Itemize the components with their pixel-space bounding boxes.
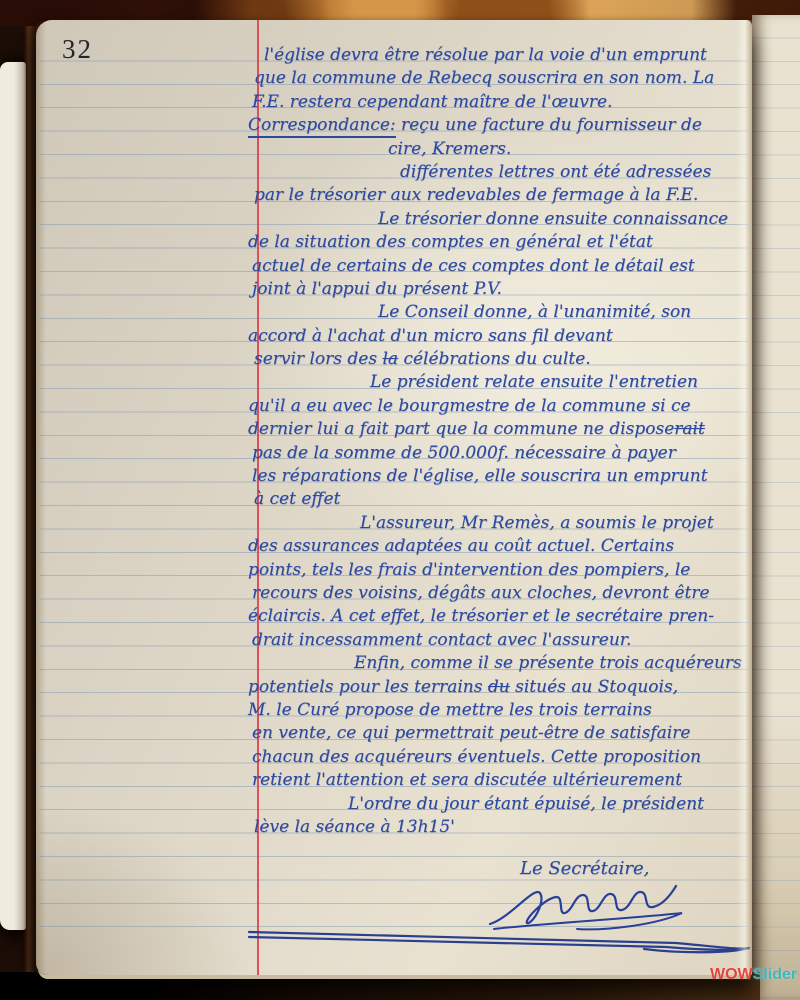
- handwriting-line: de la situation des comptes en général e…: [248, 231, 753, 254]
- handwriting-line: différentes lettres ont été adressées: [400, 161, 753, 184]
- handwriting-line: accord à l'achat d'un micro sans fil dev…: [248, 325, 753, 348]
- handwriting-line: en vente, ce qui permettrait peut-être d…: [252, 722, 753, 745]
- adjacent-blank-page: [752, 15, 800, 1000]
- handwriting-line: pas de la somme de 500.000f. nécessaire …: [252, 442, 753, 465]
- handwriting-line: dernier lui a fait part que la commune n…: [248, 418, 753, 441]
- handwriting-line: Le président relate ensuite l'entretien: [370, 371, 753, 394]
- handwriting-line: Le trésorier donne ensuite connaissance: [378, 208, 753, 231]
- watermark-slider-text: Slider: [753, 966, 797, 983]
- page-number: 32: [62, 34, 93, 65]
- handwriting-line: que la commune de Rebecq souscrira en so…: [254, 67, 753, 90]
- handwriting-line: éclaircis. A cet effet, le trésorier et …: [248, 605, 753, 628]
- handwriting-line: L'assureur, Mr Remès, a soumis le projet: [360, 512, 753, 535]
- handwriting-line: l'église devra être résolue par la voie …: [264, 44, 753, 67]
- handwriting-line: les réparations de l'église, elle souscr…: [252, 465, 753, 488]
- handwriting-line: servir lors des la célébrations du culte…: [254, 348, 753, 371]
- handwriting-line: L'ordre du jour étant épuisé, le préside…: [348, 793, 753, 816]
- handwriting-lines: l'église devra être résolue par la voie …: [248, 44, 753, 839]
- handwriting-line: qu'il a eu avec le bourgmestre de la com…: [248, 395, 753, 418]
- handwriting-line: Le Conseil donne, à l'unanimité, son: [378, 301, 753, 324]
- handwriting-line: drait incessamment contact avec l'assure…: [252, 629, 753, 652]
- handwriting-line: Correspondance: reçu une facture du four…: [248, 114, 753, 137]
- secretary-role-line: Le Secrétaire,: [520, 858, 649, 879]
- page-stack-left-edge: [0, 62, 26, 930]
- handwriting-line: cire, Kremers.: [388, 138, 753, 161]
- handwriting-line: M. le Curé propose de mettre les trois t…: [248, 699, 753, 722]
- watermark-wow-text: WOW: [710, 966, 753, 983]
- table-shadow-bottom: [0, 972, 760, 1000]
- handwriting-line: à cet effet: [254, 488, 753, 511]
- handwriting-line: chacun des acquéreurs éventuels. Cette p…: [252, 746, 753, 769]
- handwriting-line: recours des voisins, dégâts aux cloches,…: [252, 582, 753, 605]
- handwriting-line: par le trésorier aux redevables de ferma…: [254, 184, 753, 207]
- handwriting-line: Enfin, comme il se présente trois acquér…: [354, 652, 753, 675]
- notebook-page: 32 l'église devra être résolue par la vo…: [36, 20, 752, 975]
- handwriting-line: points, tels les frais d'intervention de…: [248, 559, 753, 582]
- handwriting-line: F.E. restera cependant maître de l'œuvre…: [252, 91, 753, 114]
- handwriting-line: des assurances adaptées au coût actuel. …: [248, 535, 753, 558]
- page-fold-highlight-right: [736, 20, 752, 975]
- double-line-icon: [246, 926, 756, 958]
- handwriting-line: joint à l'appui du présent P.V.: [252, 278, 753, 301]
- closing-double-rule: [246, 926, 756, 963]
- handwriting-line: actuel de certains de ces comptes dont l…: [252, 255, 753, 278]
- handwriting-line: potentiels pour les terrains du situés a…: [248, 676, 753, 699]
- handwriting-line: retient l'attention et sera discutée ult…: [252, 769, 753, 792]
- handwriting-line: lève la séance à 13h15': [254, 816, 753, 839]
- wowslider-watermark[interactable]: WOWSlider: [710, 966, 797, 984]
